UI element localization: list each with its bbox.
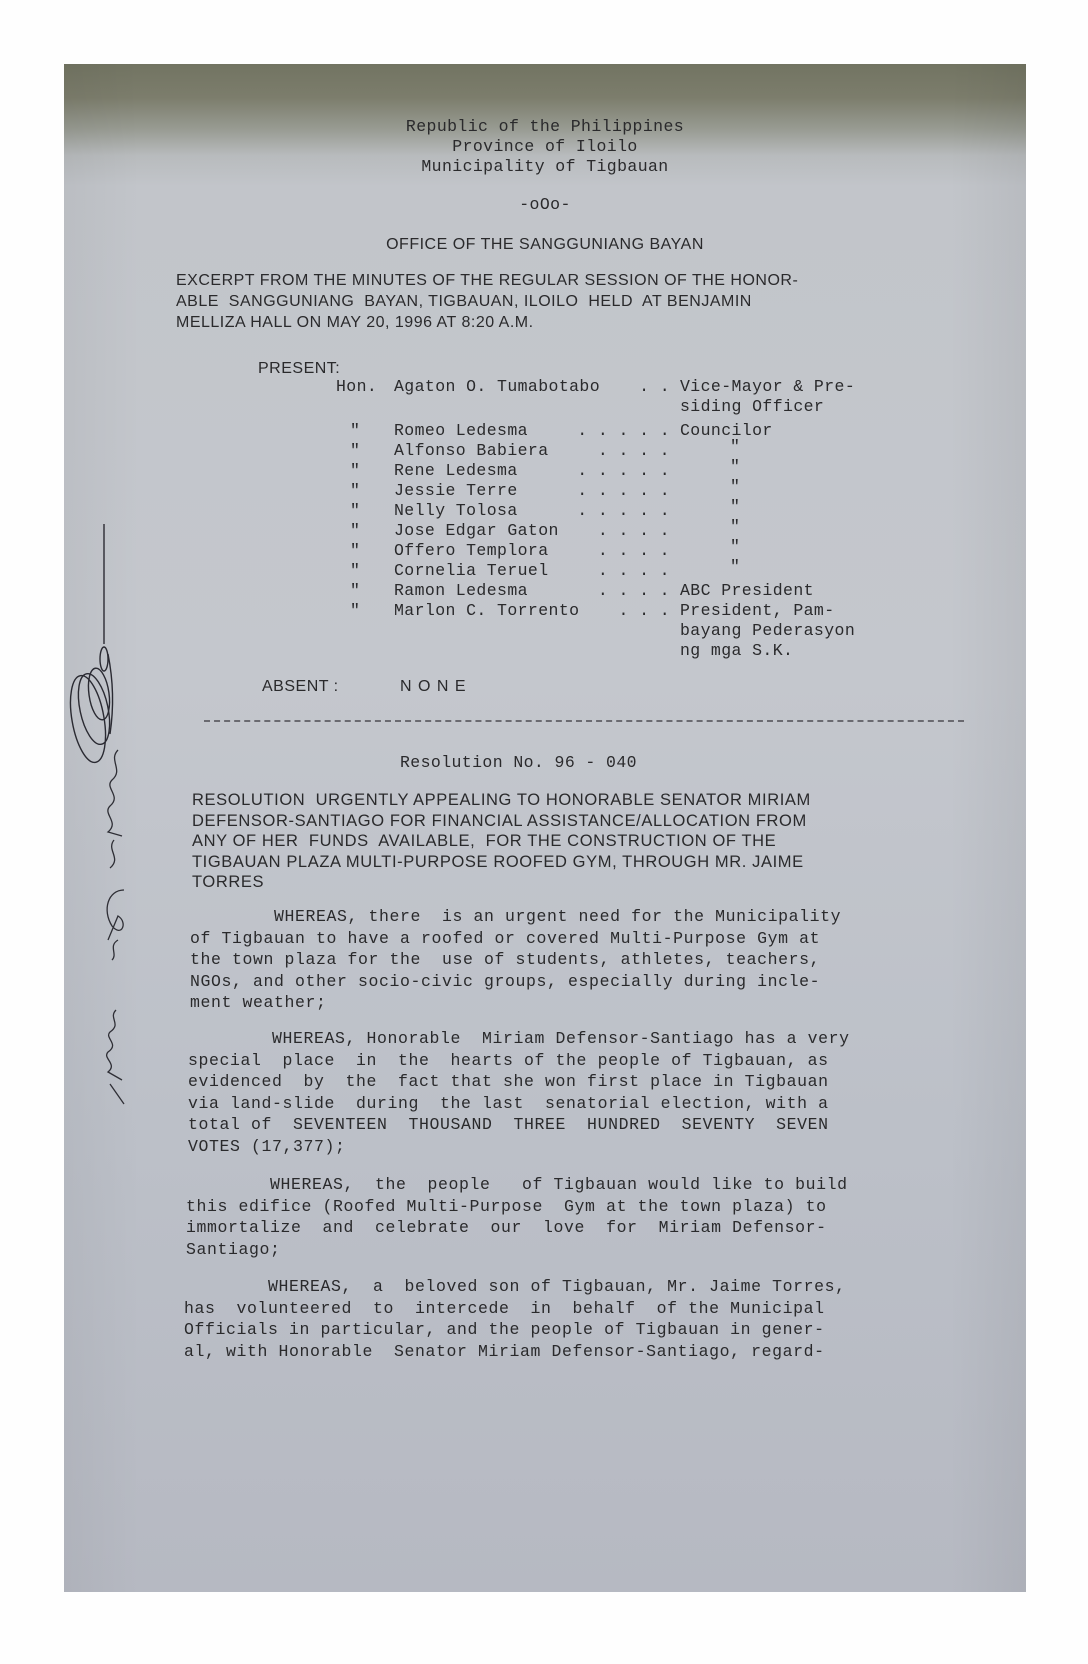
paragraph-line: ment weather; (190, 992, 950, 1014)
member-prefix: " (350, 540, 360, 561)
excerpt-line-3: MELLIZA HALL ON MAY 20, 1996 AT 8:20 A.M… (176, 312, 534, 333)
header-separator: -oOo- (64, 194, 1026, 215)
paragraph-line: NGOs, and other socio-civic groups, espe… (190, 971, 950, 993)
member-prefix: " (350, 520, 360, 541)
member-prefix: " (350, 440, 360, 461)
resolution-number: Resolution No. 96 - 040 (400, 752, 637, 773)
member-position: President, Pam- (680, 600, 835, 621)
paragraph-line: WHEREAS, Honorable Miriam Defensor-Santi… (188, 1028, 948, 1050)
member-name: Alfonso Babiera (394, 440, 549, 461)
paragraph-line: Officials in particular, and the people … (184, 1319, 944, 1341)
paragraph-line: has volunteered to intercede in behalf o… (184, 1298, 944, 1320)
member-leader-dots: . . . (618, 600, 670, 621)
member-position-ditto: " (730, 456, 740, 477)
paragraph-line: of Tigbauan to have a roofed or covered … (190, 928, 950, 950)
signature-initials-icon (64, 504, 134, 764)
member-position: bayang Pederasyon (680, 620, 855, 641)
paragraph-line: WHEREAS, the people of Tigbauan would li… (186, 1174, 946, 1196)
office-title: OFFICE OF THE SANGGUNIANG BAYAN (64, 234, 1026, 255)
member-name: Nelly Tolosa (394, 500, 518, 521)
member-leader-dots: . . . . (598, 540, 670, 561)
member-position-ditto: " (730, 496, 740, 517)
whereas-paragraph-2: WHEREAS, Honorable Miriam Defensor-Santi… (188, 1028, 948, 1157)
paragraph-line: total of SEVENTEEN THOUSAND THREE HUNDRE… (188, 1114, 948, 1136)
paragraph-line: evidenced by the fact that she won first… (188, 1071, 948, 1093)
paragraph-line: WHEREAS, a beloved son of Tigbauan, Mr. … (184, 1276, 944, 1298)
member-leader-dots: . . . . (598, 520, 670, 541)
whereas-paragraph-1: WHEREAS, there is an urgent need for the… (190, 906, 950, 1014)
member-name: Jessie Terre (394, 480, 518, 501)
member-leader-dots: . . . . . (577, 480, 670, 501)
member-position: ng mga S.K. (680, 640, 793, 661)
title-line: TIGBAUAN PLAZA MULTI-PURPOSE ROOFED GYM,… (192, 852, 952, 873)
paragraph-line: this edifice (Roofed Multi-Purpose Gym a… (186, 1196, 946, 1218)
member-prefix: " (350, 580, 360, 601)
header-republic: Republic of the Philippines (64, 116, 1026, 137)
member-position-ditto: " (730, 516, 740, 537)
member-leader-dots: . . (639, 376, 670, 397)
member-name: Ramon Ledesma (394, 580, 528, 601)
member-name: Marlon C. Torrento (394, 600, 579, 621)
paragraph-line: al, with Honorable Senator Miriam Defens… (184, 1341, 944, 1363)
whereas-paragraph-4: WHEREAS, a beloved son of Tigbauan, Mr. … (184, 1276, 944, 1362)
member-name: Cornelia Teruel (394, 560, 549, 581)
member-leader-dots: . . . . (598, 440, 670, 461)
paragraph-line: VOTES (17,377); (188, 1136, 948, 1158)
title-line: TORRES (192, 872, 952, 893)
member-position: Vice-Mayor & Pre- (680, 376, 855, 397)
paragraph-line: the town plaza for the use of students, … (190, 949, 950, 971)
member-name: Agaton O. Tumabotabo (394, 376, 600, 397)
resolution-title: RESOLUTION URGENTLY APPEALING TO HONORAB… (192, 790, 952, 893)
member-prefix: " (350, 460, 360, 481)
present-label: PRESENT: (258, 358, 340, 379)
member-position: ABC President (680, 580, 814, 601)
paragraph-line: Santiago; (186, 1239, 946, 1261)
paragraph-line: special place in the hearts of the peopl… (188, 1050, 948, 1072)
excerpt-line-2: ABLE SANGGUNIANG BAYAN, TIGBAUAN, ILOILO… (176, 291, 752, 312)
member-prefix: " (350, 480, 360, 501)
member-position-ditto: " (730, 556, 740, 577)
member-prefix: " (350, 420, 360, 441)
title-line: DEFENSOR-SANTIAGO FOR FINANCIAL ASSISTAN… (192, 811, 952, 832)
member-prefix: Hon. (336, 376, 377, 397)
member-name: Romeo Ledesma (394, 420, 528, 441)
paragraph-line: WHEREAS, there is an urgent need for the… (190, 906, 950, 928)
member-leader-dots: . . . . (598, 580, 670, 601)
header-province: Province of Iloilo (64, 136, 1026, 157)
whereas-paragraph-3: WHEREAS, the people of Tigbauan would li… (186, 1174, 946, 1260)
member-leader-dots: . . . . . (577, 500, 670, 521)
section-divider (204, 720, 964, 722)
absent-label: ABSENT : (262, 676, 339, 697)
title-line: RESOLUTION URGENTLY APPEALING TO HONORAB… (192, 790, 952, 811)
document-photo: Republic of the Philippines Province of … (64, 64, 1026, 1592)
member-position: Councilor (680, 420, 773, 441)
signature-marginal-icon (88, 740, 138, 1110)
member-position-ditto: " (730, 536, 740, 557)
member-leader-dots: . . . . . (577, 460, 670, 481)
member-position-ditto: " (730, 436, 740, 457)
member-prefix: " (350, 600, 360, 621)
member-prefix: " (350, 500, 360, 521)
member-name: Rene Ledesma (394, 460, 518, 481)
paragraph-line: via land-slide during the last senatoria… (188, 1093, 948, 1115)
member-prefix: " (350, 560, 360, 581)
absent-value: N O N E (400, 676, 467, 697)
excerpt-line-1: EXCERPT FROM THE MINUTES OF THE REGULAR … (176, 270, 798, 291)
header-municipality: Municipality of Tigbauan (64, 156, 1026, 177)
member-leader-dots: . . . . . (577, 420, 670, 441)
paragraph-line: immortalize and celebrate our love for M… (186, 1217, 946, 1239)
title-line: ANY OF HER FUNDS AVAILABLE, FOR THE CONS… (192, 831, 952, 852)
member-name: Jose Edgar Gaton (394, 520, 559, 541)
member-position-ditto: " (730, 476, 740, 497)
member-name: Offero Templora (394, 540, 549, 561)
member-leader-dots: . . . . (598, 560, 670, 581)
member-position: siding Officer (680, 396, 824, 417)
